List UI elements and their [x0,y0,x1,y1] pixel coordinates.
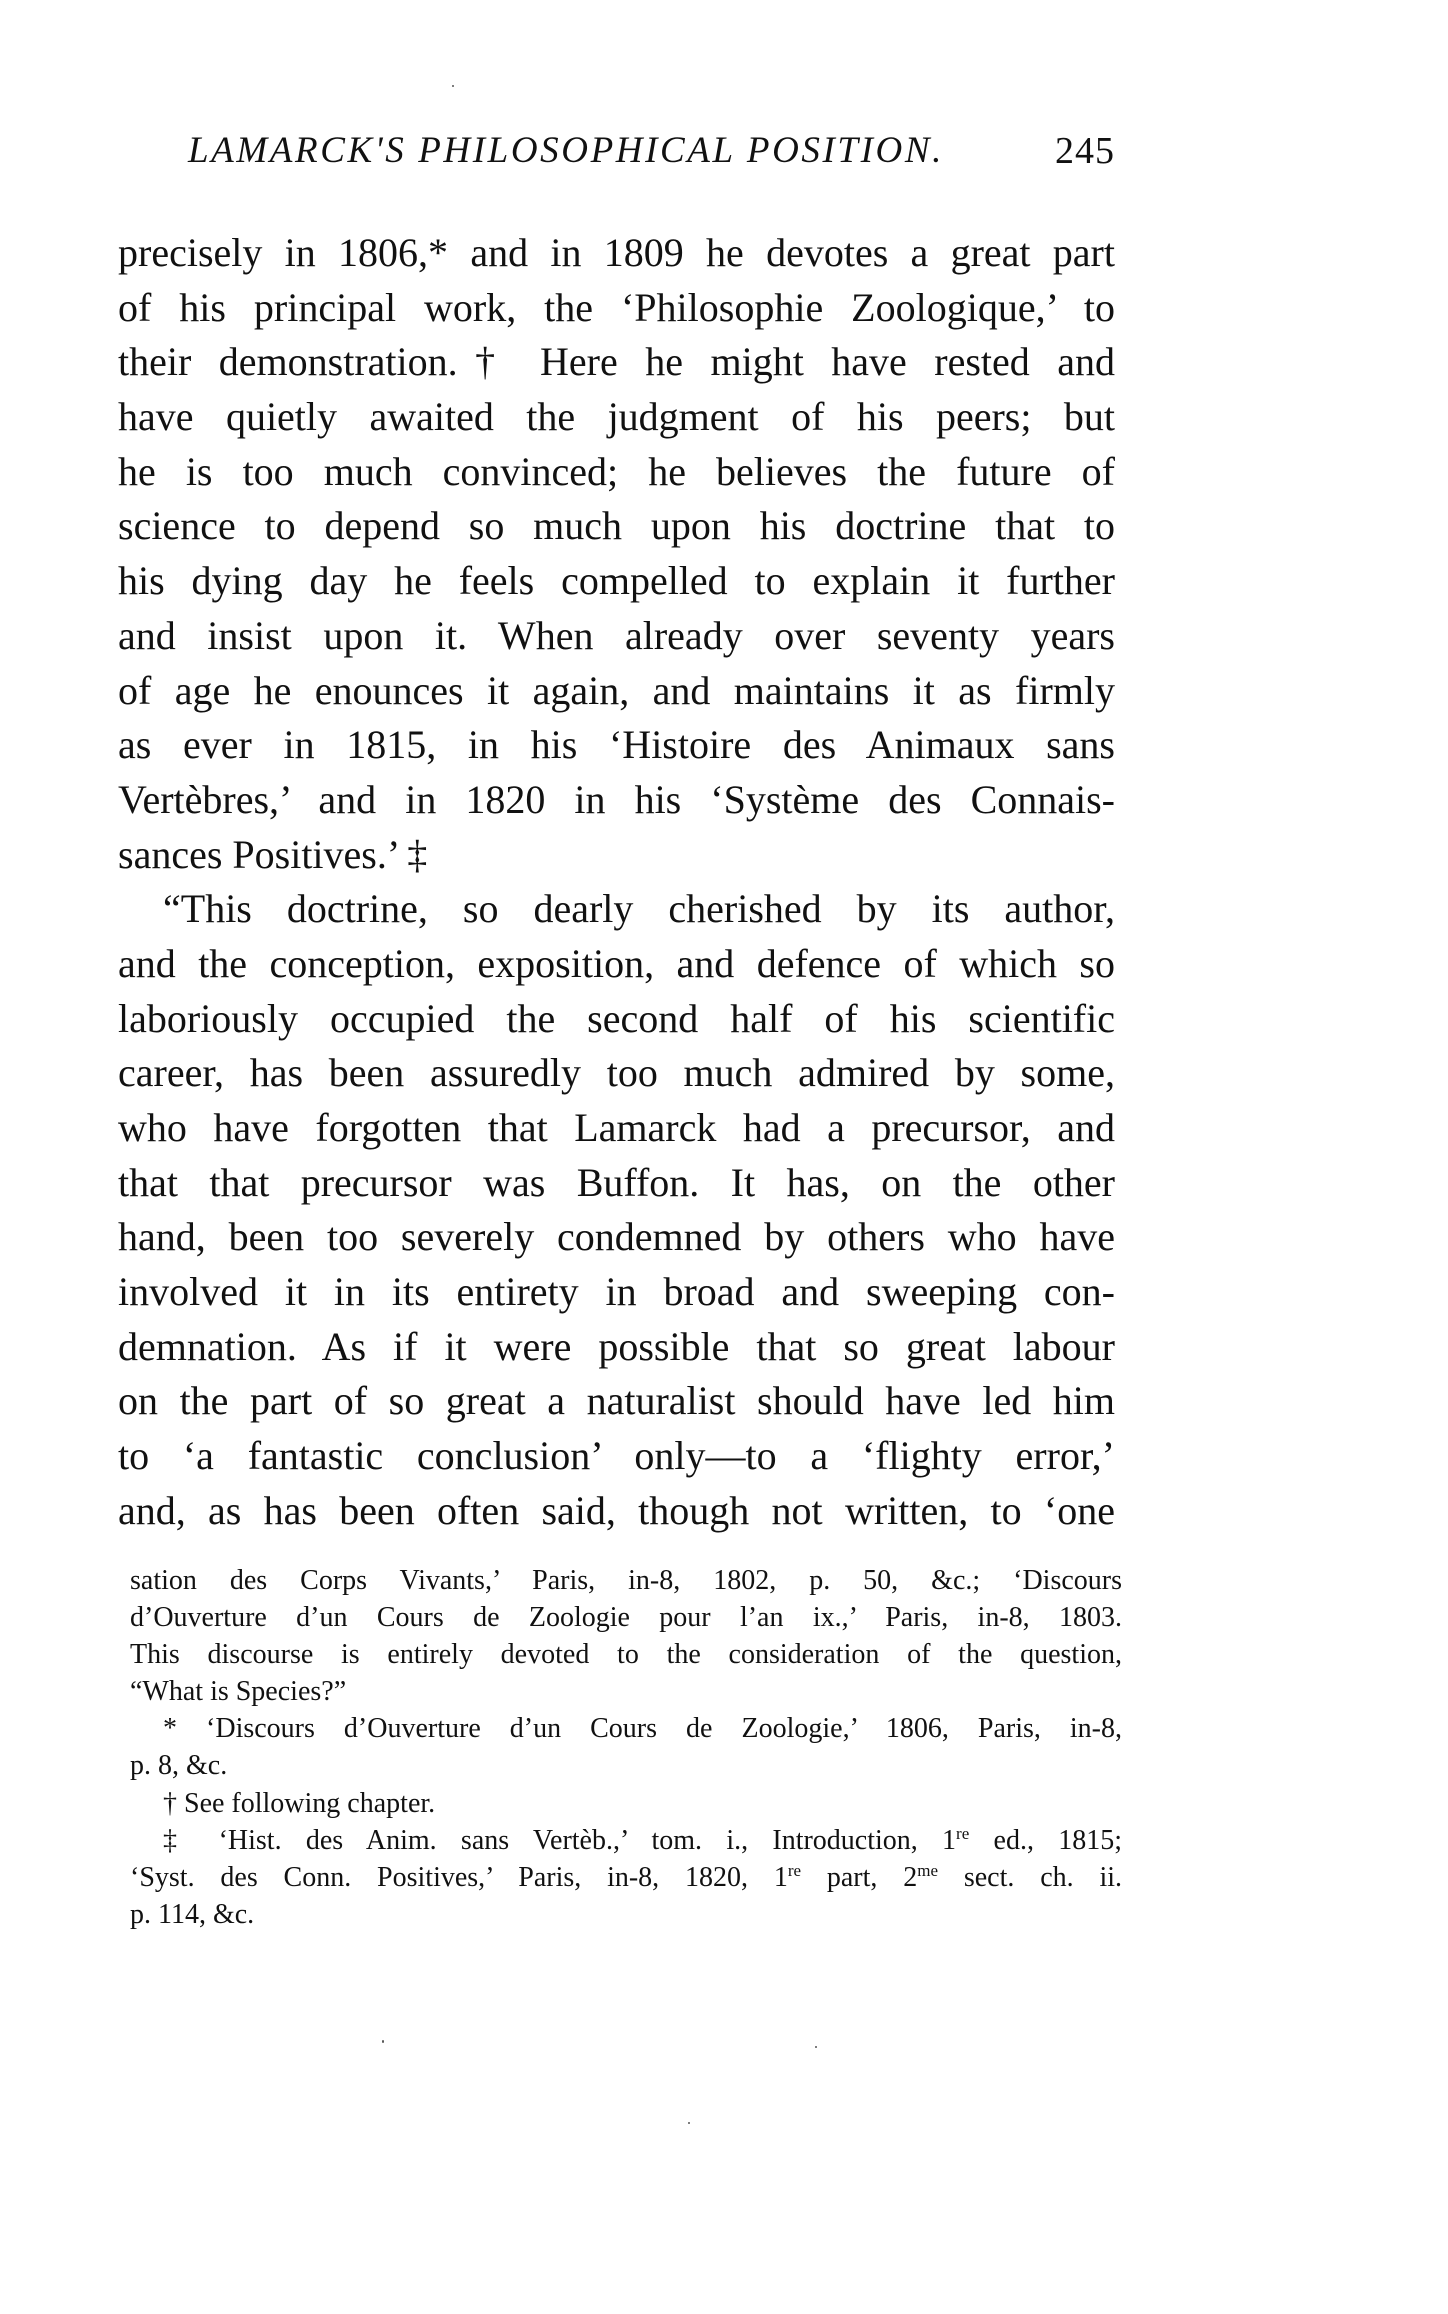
footnote-line: p. 114, &c. [130,1896,1122,1933]
body-line-paragraph-end: sances Positives.’ ‡ [118,828,1115,883]
body-line: precisely in 1806,* and in 1809 he devot… [118,226,1115,281]
body-line: have quietly awaited the judgment of his… [118,390,1115,445]
footnote-line: sation des Corps Vivants,’ Paris, in-8, … [130,1562,1122,1599]
body-line: involved it in its entirety in broad and… [118,1265,1115,1320]
body-line: to ‘a fantastic conclusion’ only—to a ‘f… [118,1429,1115,1484]
footnote-line: “What is Species?” [130,1673,1122,1710]
footnote-text: ‘Syst. des Conn. Positives,’ Paris, in-8… [130,1862,788,1893]
footnote-text: ed., 1815; [969,1825,1122,1856]
body-line: who have forgotten that Lamarck had a pr… [118,1101,1115,1156]
ordinal-superscript: re [788,1861,801,1880]
footnote-line: † See following chapter. [130,1785,1122,1822]
body-line: hand, been too severely condemned by oth… [118,1210,1115,1265]
body-line: he is too much convinced; he believes th… [118,445,1115,500]
footnotes: sation des Corps Vivants,’ Paris, in-8, … [130,1562,1122,1933]
footnote-text: ‘Hist. des Anim. sans Vertèb.,’ tom. i.,… [219,1825,956,1856]
book-page: LAMARCK'S PHILOSOPHICAL POSITION. 245 pr… [0,0,1448,2314]
footnote-dagger: † See following chapter. [130,1785,1122,1822]
ordinal-superscript: re [956,1824,969,1843]
body-line: Vertèbres,’ and in 1820 in his ‘Système … [118,773,1115,828]
footnote-mark-double-dagger: ‡ [163,1825,194,1856]
footnote-text: See following chapter. [184,1788,435,1819]
scan-speck [815,2046,817,2048]
body-line: on the part of so great a naturalist sho… [118,1374,1115,1429]
footnote-text: part, 2 [801,1862,917,1893]
footnote-double-dagger: ‡ ‘Hist. des Anim. sans Vertèb.,’ tom. i… [130,1822,1122,1933]
body-line: career, has been assuredly too much admi… [118,1046,1115,1101]
body-line: that that precursor was Buffon. It has, … [118,1156,1115,1211]
footnote-line: ‘Syst. des Conn. Positives,’ Paris, in-8… [130,1859,1122,1896]
body-line: and, as has been often said, though not … [118,1484,1115,1539]
ordinal-superscript: me [917,1861,938,1880]
page-number: 245 [1055,128,1115,174]
footnote-text: sect. ch. ii. [938,1862,1122,1893]
footnote-continuation: sation des Corps Vivants,’ Paris, in-8, … [130,1562,1122,1710]
body-line: science to depend so much upon his doctr… [118,499,1115,554]
footnote-line: p. 8, &c. [130,1747,1122,1784]
body-line: and the conception, exposition, and defe… [118,937,1115,992]
scan-speck [452,85,454,87]
footnote-mark-asterisk: * [163,1713,177,1744]
body-line: his dying day he feels compelled to expl… [118,554,1115,609]
body-line: of age he enounces it again, and maintai… [118,664,1115,719]
scan-speck [382,2040,384,2043]
footnote-text: ‘Discours d’Ouverture d’un Cours de Zool… [206,1713,1122,1744]
body-line: of his principal work, the ‘Philosophie … [118,281,1115,336]
body-line: demnation. As if it were possible that s… [118,1320,1115,1375]
body-line: as ever in 1815, in his ‘Histoire des An… [118,718,1115,773]
running-title: LAMARCK'S PHILOSOPHICAL POSITION. [188,128,944,174]
body-line-paragraph-start: “This doctrine, so dearly cherished by i… [118,882,1115,937]
running-head: LAMARCK'S PHILOSOPHICAL POSITION. 245 [188,128,1115,174]
footnote-line: ‡ ‘Hist. des Anim. sans Vertèb.,’ tom. i… [130,1822,1122,1859]
body-line: and insist upon it. When already over se… [118,609,1115,664]
scan-speck [688,2122,690,2124]
footnote-line: d’Ouverture d’un Cours de Zoologie pour … [130,1599,1122,1636]
body-line: their demonstration.† Here he might have… [118,335,1115,390]
footnote-star: * ‘Discours d’Ouverture d’un Cours de Zo… [130,1710,1122,1784]
body-line: laboriously occupied the second half of … [118,992,1115,1047]
body-text: precisely in 1806,* and in 1809 he devot… [118,226,1115,1539]
footnote-mark-dagger: † [163,1788,177,1819]
footnote-line: * ‘Discours d’Ouverture d’un Cours de Zo… [130,1710,1122,1747]
footnote-line: This discourse is entirely devoted to th… [130,1636,1122,1673]
